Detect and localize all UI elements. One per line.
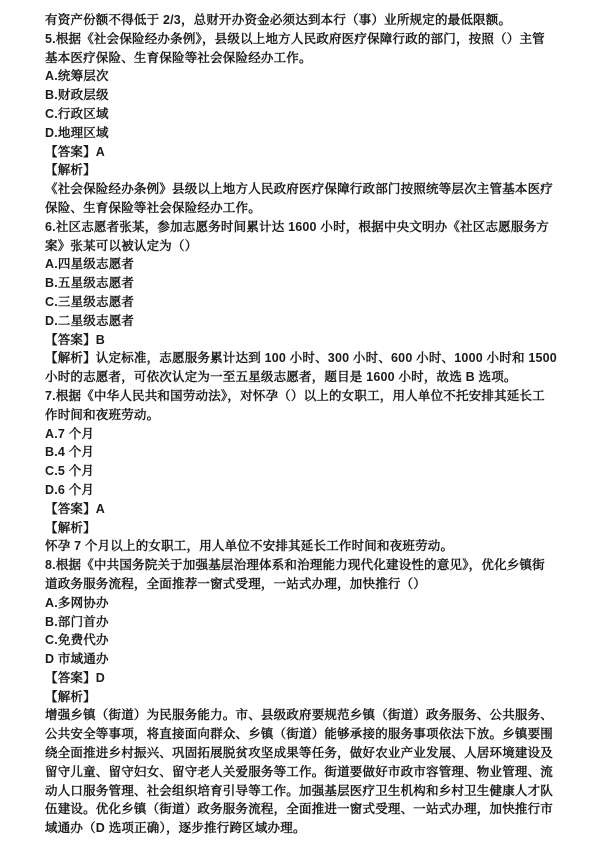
text-line: A.统筹层次 — [45, 67, 557, 86]
text-line: C.三星级志愿者 — [45, 293, 557, 312]
text-line: 作时间和夜班劳动。 — [45, 406, 557, 425]
text-line: 动人口服务管理、社会组织培育引导等工作。加强基层医疗卫生机构和乡村卫生健康人才队 — [45, 782, 557, 801]
text-line: 【解析】 — [45, 519, 557, 538]
text-line: 【解析】 — [45, 161, 557, 180]
text-line: C.免费代办 — [45, 631, 557, 650]
text-content: 有资产份额不得低于 2/3，总财开办资金必须达到本行（事）业所规定的最低限额。5… — [45, 11, 557, 838]
text-line: B.财政层级 — [45, 86, 557, 105]
text-line: 案》张某可以被认定为（） — [45, 237, 557, 256]
text-line: 小时的志愿者，可依次认定为一至五星级志愿者，题目是 1600 小时，故选 B 选… — [45, 368, 557, 387]
text-line: 5.根据《社会保险经办条例》，县级以上地方人民政府医疗保障行政的部门，按照（）主… — [45, 30, 557, 49]
text-line: 【答案】A — [45, 143, 557, 162]
text-line: 域通办（D 选项正确），逐步推行跨区域办理。 — [45, 819, 557, 838]
text-line: 有资产份额不得低于 2/3，总财开办资金必须达到本行（事）业所规定的最低限额。 — [45, 11, 557, 30]
text-line: D.6 个月 — [45, 481, 557, 500]
text-line: 留守儿童、留守妇女、留守老人关爱服务等工作。街道要做好市政市容管理、物业管理、流 — [45, 763, 557, 782]
text-line: C.5 个月 — [45, 462, 557, 481]
text-line: 【答案】D — [45, 669, 557, 688]
text-line: 怀孕 7 个月以上的女职工，用人单位不安排其延长工作时间和夜班劳动。 — [45, 537, 557, 556]
text-line: A.多网协办 — [45, 594, 557, 613]
text-line: 《社会保险经办条例》县级以上地方人民政府医疗保障行政部门按照统等层次主管基本医疗 — [45, 180, 557, 199]
text-line: 【答案】A — [45, 500, 557, 519]
text-line: 8.根据《中共国务院关于加强基层治理体系和治理能力现代化建设性的意见》，优化乡镇… — [45, 556, 557, 575]
document-page: 有资产份额不得低于 2/3，总财开办资金必须达到本行（事）业所规定的最低限额。5… — [0, 0, 595, 842]
text-line: A.7 个月 — [45, 425, 557, 444]
text-line: D.二星级志愿者 — [45, 312, 557, 331]
text-line: 基本医疗保险、生育保险等社会保险经办工作。 — [45, 49, 557, 68]
text-line: A.四星级志愿者 — [45, 255, 557, 274]
text-line: B.部门首办 — [45, 613, 557, 632]
text-line: 【答案】B — [45, 331, 557, 350]
text-line: 道政务服务流程，全面推荐一窗式受理，一站式办理，加快推行（） — [45, 575, 557, 594]
text-line: 公共安全等事项，将直接面向群众、乡镇（街道）能够承接的服务事项依法下放。乡镇要围 — [45, 725, 557, 744]
text-line: B.4 个月 — [45, 443, 557, 462]
text-line: 保险、生育保险等社会保险经办工作。 — [45, 199, 557, 218]
text-line: C.行政区域 — [45, 105, 557, 124]
text-line: D.地理区域 — [45, 124, 557, 143]
text-line: 伍建设。优化乡镇（街道）政务服务流程，全面推进一窗式受理、一站式办理，加快推行市 — [45, 800, 557, 819]
text-line: 7.根据《中华人民共和国劳动法》，对怀孕（）以上的女职工，用人单位不托安排其延长… — [45, 387, 557, 406]
text-line: D 市域通办 — [45, 650, 557, 669]
text-line: 绕全面推进乡村振兴、巩固拓展脱贫攻坚成果等任务，做好农业产业发展、人居环境建设及 — [45, 744, 557, 763]
text-line: 【解析】 — [45, 688, 557, 707]
text-line: 6.社区志愿者张某，参加志愿务时间累计达 1600 小时，根据中央文明办《社区志… — [45, 218, 557, 237]
text-line: 增强乡镇（街道）为民服务能力。市、县级政府要规范乡镇（街道）政务服务、公共服务、 — [45, 706, 557, 725]
text-line: B.五星级志愿者 — [45, 274, 557, 293]
text-line: 【解析】认定标准，志愿服务累计达到 100 小时、300 小时、600 小时、1… — [45, 349, 557, 368]
